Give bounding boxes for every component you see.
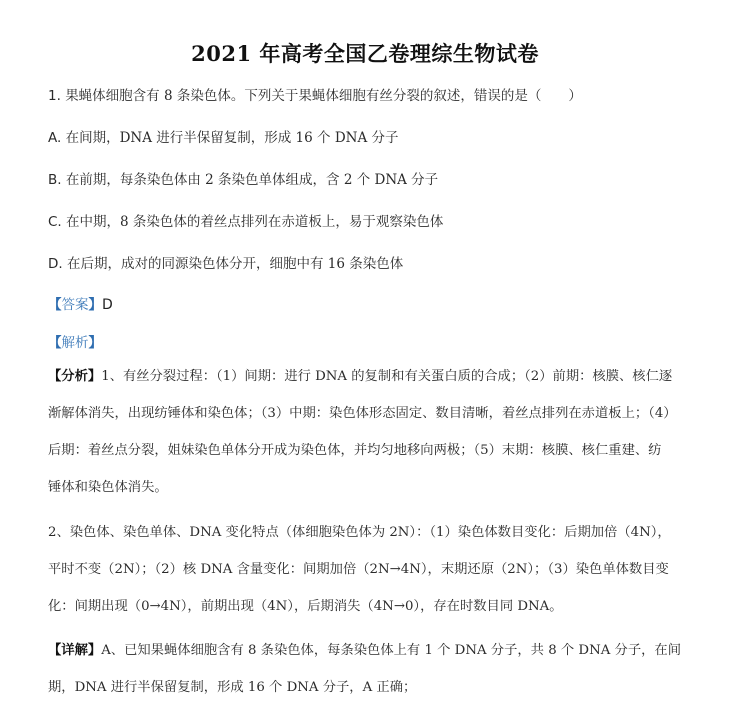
paragraph-line: 后期：着丝点分裂，姐妹染色单体分开成为染色体，并均匀地移向两极；（5）末期：核膜…: [48, 432, 698, 469]
option-text: 在后期，成对的同源染色体分开，细胞中有 16 条染色体: [67, 256, 403, 272]
answer-line: 【答案】D: [48, 293, 113, 313]
detail-tag: 【详解】: [48, 643, 101, 658]
option-text: 在间期，DNA 进行半保留复制，形成 16 个 DNA 分子: [66, 130, 399, 146]
option-text: 在前期，每条染色体由 2 条染色单体组成，含 2 个 DNA 分子: [66, 172, 438, 188]
option-b: B. 在前期，每条染色体由 2 条染色单体组成，含 2 个 DNA 分子: [48, 168, 438, 188]
question-text: 果蝇体细胞含有 8 条染色体。下列关于果蝇体细胞有丝分裂的叙述，错误的是（ ）: [65, 88, 582, 104]
question-number: 1.: [48, 88, 61, 104]
page-title: 2021 年高考全国乙卷理综生物试卷: [0, 38, 730, 68]
paragraph-line: 渐解体消失，出现纺锤体和染色体；（3）中期：染色体形态固定、数目清晰，着丝点排列…: [48, 395, 698, 432]
paragraph-line: 【详解】A、已知果蝇体细胞含有 8 条染色体，每条染色体上有 1 个 DNA 分…: [48, 632, 698, 669]
question-stem: 1. 果蝇体细胞含有 8 条染色体。下列关于果蝇体细胞有丝分裂的叙述，错误的是（…: [48, 84, 582, 104]
analysis-header: 【解析】: [48, 331, 102, 351]
paragraph-line: 化：间期出现（0→4N），前期出现（4N），后期消失（4N→0），存在时数目同 …: [48, 588, 698, 625]
option-label: D.: [48, 256, 63, 272]
analysis-tag: 【解析】: [48, 335, 102, 351]
paragraph-line: 平时不变（2N）；（2）核 DNA 含量变化：间期加倍（2N→4N），末期还原（…: [48, 551, 698, 588]
analysis-fenxi-tag: 【分析】: [48, 369, 101, 384]
option-label: B.: [48, 172, 62, 188]
document-page: 2021 年高考全国乙卷理综生物试卷 1. 果蝇体细胞含有 8 条染色体。下列关…: [0, 0, 730, 716]
option-label: A.: [48, 130, 61, 146]
paragraph-line: 锤体和染色体消失。: [48, 469, 698, 506]
paragraph-line: 期，DNA 进行半保留复制，形成 16 个 DNA 分子，A 正确；: [48, 669, 698, 706]
answer-value: D: [102, 297, 113, 313]
option-label: C.: [48, 214, 62, 230]
answer-tag: 【答案】: [48, 297, 102, 313]
paragraph-line: 2、染色体、染色单体、DNA 变化特点（体细胞染色体为 2N）：（1）染色体数目…: [48, 514, 698, 551]
detail-paragraph: 【详解】A、已知果蝇体细胞含有 8 条染色体，每条染色体上有 1 个 DNA 分…: [48, 632, 698, 706]
option-d: D. 在后期，成对的同源染色体分开，细胞中有 16 条染色体: [48, 252, 403, 272]
analysis-paragraph-1: 【分析】1、有丝分裂过程：（1）间期：进行 DNA 的复制和有关蛋白质的合成；（…: [48, 358, 698, 506]
paragraph-line: 【分析】1、有丝分裂过程：（1）间期：进行 DNA 的复制和有关蛋白质的合成；（…: [48, 358, 698, 395]
option-a: A. 在间期，DNA 进行半保留复制，形成 16 个 DNA 分子: [48, 126, 399, 146]
option-text: 在中期，8 条染色体的着丝点排列在赤道板上，易于观察染色体: [66, 214, 443, 230]
option-c: C. 在中期，8 条染色体的着丝点排列在赤道板上，易于观察染色体: [48, 210, 443, 230]
analysis-paragraph-2: 2、染色体、染色单体、DNA 变化特点（体细胞染色体为 2N）：（1）染色体数目…: [48, 514, 698, 625]
